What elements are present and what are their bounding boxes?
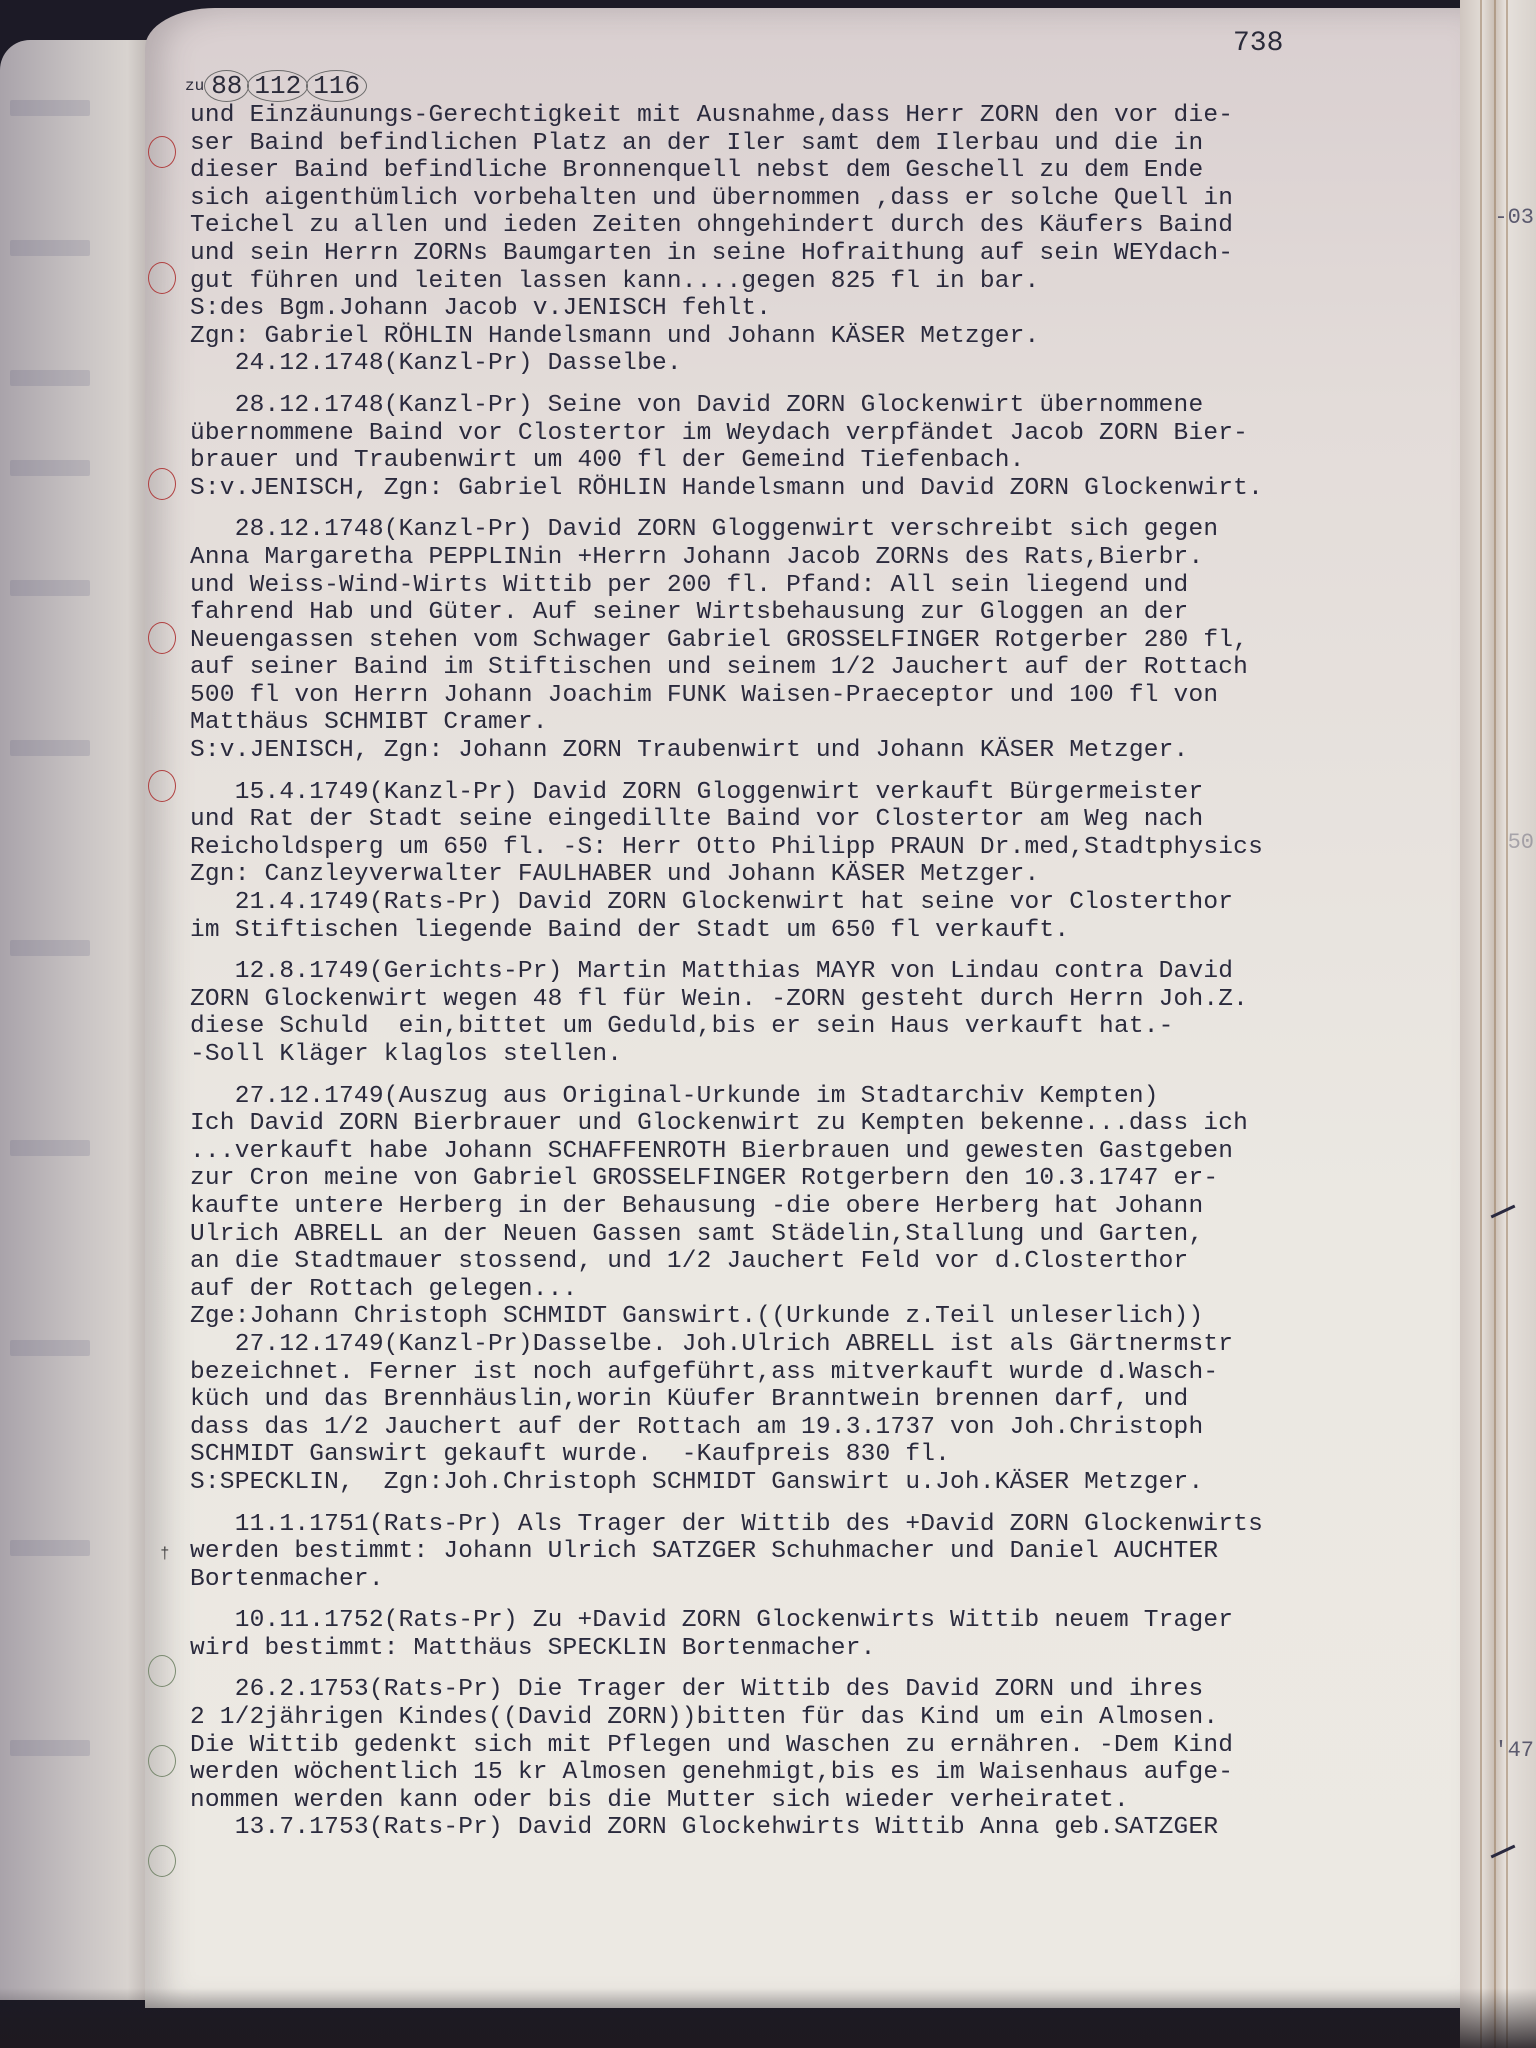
circled-ref-number: 112 — [247, 70, 308, 102]
edge-fragment: -03 — [1494, 205, 1534, 230]
text-line: werden wöchentlich 15 kr Almosen genehmi… — [190, 1759, 1440, 1787]
ref-prefix: zu — [185, 77, 204, 95]
text-line: auf der Rottach gelegen... — [190, 1276, 1440, 1304]
record-entry: 11.1.1751(Rats-Pr) Als Trager der Wittib… — [190, 1511, 1440, 1594]
text-line: 27.12.1749(Kanzl-Pr)Dasselbe. Joh.Ulrich… — [190, 1331, 1440, 1359]
margin-annotation-mark — [148, 468, 176, 500]
margin-annotation-mark — [148, 1845, 176, 1877]
text-line: SCHMIDT Ganswirt gekauft wurde. -Kaufpre… — [190, 1441, 1440, 1469]
text-line: Ulrich ABRELL an der Neuen Gassen samt S… — [190, 1221, 1440, 1249]
text-line: übernommene Baind vor Clostertor im Weyd… — [190, 420, 1440, 448]
text-line: auf seiner Baind im Stiftischen und sein… — [190, 654, 1440, 682]
text-line: 28.12.1748(Kanzl-Pr) David ZORN Gloggenw… — [190, 516, 1440, 544]
text-line: gut führen und leiten lassen kann....geg… — [190, 268, 1440, 296]
record-entry: 24.12.1748(Kanzl-Pr) Dasselbe. — [190, 350, 1440, 378]
text-line: S:SPECKLIN, Zgn:Joh.Christoph SCHMIDT Ga… — [190, 1469, 1440, 1497]
text-line: 2 1/2jährigen Kindes((David ZORN))bitten… — [190, 1704, 1440, 1732]
ghost-text — [10, 740, 90, 756]
text-line: 15.4.1749(Kanzl-Pr) David ZORN Gloggenwi… — [190, 779, 1440, 807]
circled-ref-number: 88 — [204, 70, 249, 102]
text-line: 12.8.1749(Gerichts-Pr) Martin Matthias M… — [190, 958, 1440, 986]
ghost-text — [10, 1140, 90, 1156]
record-entry: und Einzäunungs-Gerechtigkeit mit Ausnah… — [190, 102, 1440, 350]
edge-fragment: 50 — [1508, 830, 1534, 855]
text-line: und Rat der Stadt seine eingedillte Bain… — [190, 806, 1440, 834]
text-line: ser Baind befindlichen Platz an der Iler… — [190, 130, 1440, 158]
text-line: diese Schuld ein,bittet um Geduld,bis er… — [190, 1013, 1440, 1041]
text-line: Zgn: Gabriel RÖHLIN Handelsmann und Joha… — [190, 323, 1440, 351]
text-line: 24.12.1748(Kanzl-Pr) Dasselbe. — [190, 350, 1440, 378]
record-entry: 26.2.1753(Rats-Pr) Die Trager der Wittib… — [190, 1676, 1440, 1842]
text-line: 10.11.1752(Rats-Pr) Zu +David ZORN Glock… — [190, 1607, 1440, 1635]
margin-annotation-mark — [148, 622, 176, 654]
text-line: Zgn: Canzleyverwalter FAULHABER und Joha… — [190, 861, 1440, 889]
text-line: Zge:Johann Christoph SCHMIDT Ganswirt.((… — [190, 1303, 1440, 1331]
text-line: ...verkauft habe Johann SCHAFFENROTH Bie… — [190, 1138, 1440, 1166]
text-line: sich aigenthümlich vorbehalten und übern… — [190, 185, 1440, 213]
text-line: 28.12.1748(Kanzl-Pr) Seine von David ZOR… — [190, 392, 1440, 420]
ghost-text — [10, 240, 90, 256]
text-line: brauer und Traubenwirt um 400 fl der Gem… — [190, 447, 1440, 475]
margin-annotation-mark — [148, 770, 176, 802]
page-number: 738 — [1233, 28, 1283, 59]
book-bottom-shadow — [0, 1988, 1536, 2048]
text-line: 21.4.1749(Rats-Pr) David ZORN Glockenwir… — [190, 889, 1440, 917]
text-line: S:v.JENISCH, Zgn: Johann ZORN Traubenwir… — [190, 737, 1440, 765]
text-line: und sein Herrn ZORNs Baumgarten in seine… — [190, 240, 1440, 268]
text-line: an die Stadtmauer stossend, und 1/2 Jauc… — [190, 1248, 1440, 1276]
text-line: 500 fl von Herrn Johann Joachim FUNK Wai… — [190, 682, 1440, 710]
text-line: Die Wittib gedenkt sich mit Pflegen und … — [190, 1732, 1440, 1760]
circled-ref-number: 116 — [306, 70, 367, 102]
ghost-text — [10, 100, 90, 116]
text-line: 27.12.1749(Auszug aus Original-Urkunde i… — [190, 1083, 1440, 1111]
text-line: S:v.JENISCH, Zgn: Gabriel RÖHLIN Handels… — [190, 475, 1440, 503]
text-line: küch und das Brennhäuslin,worin Küufer B… — [190, 1386, 1440, 1414]
text-line: Neuengassen stehen vom Schwager Gabriel … — [190, 627, 1440, 655]
text-line: wird bestimmt: Matthäus SPECKLIN Bortenm… — [190, 1635, 1440, 1663]
text-line: werden bestimmt: Johann Ulrich SATZGER S… — [190, 1538, 1440, 1566]
page-leaf-line — [1480, 0, 1482, 2048]
typewritten-text-body: und Einzäunungs-Gerechtigkeit mit Ausnah… — [190, 102, 1440, 1842]
text-line: -Soll Kläger klaglos stellen. — [190, 1041, 1440, 1069]
ghost-text — [10, 580, 90, 596]
ghost-text — [10, 1340, 90, 1356]
margin-annotation-mark — [148, 1655, 176, 1687]
ghost-text — [10, 1740, 90, 1756]
margin-annotation-mark — [148, 262, 176, 294]
text-line: 11.1.1751(Rats-Pr) Als Trager der Wittib… — [190, 1511, 1440, 1539]
record-entry: 10.11.1752(Rats-Pr) Zu +David ZORN Glock… — [190, 1607, 1440, 1662]
margin-annotation-mark — [148, 136, 176, 168]
text-line: und Weiss-Wind-Wirts Wittib per 200 fl. … — [190, 572, 1440, 600]
text-line: ZORN Glockenwirt wegen 48 fl für Wein. -… — [190, 986, 1440, 1014]
record-entry: 28.12.1748(Kanzl-Pr) David ZORN Gloggenw… — [190, 516, 1440, 764]
text-line: Reicholdsperg um 650 fl. -S: Herr Otto P… — [190, 834, 1440, 862]
record-entry: 12.8.1749(Gerichts-Pr) Martin Matthias M… — [190, 958, 1440, 1068]
text-line: nommen werden kann oder bis die Mutter s… — [190, 1787, 1440, 1815]
text-line: Anna Margaretha PEPPLINin +Herrn Johann … — [190, 544, 1440, 572]
next-pages-edge: -03 50 '47 — [1460, 0, 1536, 2048]
text-line: Ich David ZORN Bierbrauer und Glockenwir… — [190, 1110, 1440, 1138]
text-line: kaufte untere Herberg in der Behausung -… — [190, 1193, 1440, 1221]
margin-annotation-mark — [148, 1745, 176, 1777]
text-line: S:des Bgm.Johann Jacob v.JENISCH fehlt. — [190, 295, 1440, 323]
text-line: im Stiftischen liegende Baind der Stadt … — [190, 917, 1440, 945]
text-line: zur Cron meine von Gabriel GROSSELFINGER… — [190, 1165, 1440, 1193]
record-entry: 15.4.1749(Kanzl-Pr) David ZORN Gloggenwi… — [190, 779, 1440, 945]
text-line: bezeichnet. Ferner ist noch aufgeführt,a… — [190, 1359, 1440, 1387]
ghost-text — [10, 1540, 90, 1556]
text-line: Bortenmacher. — [190, 1566, 1440, 1594]
text-line: 13.7.1753(Rats-Pr) David ZORN Glockehwir… — [190, 1814, 1440, 1842]
record-entry: 27.12.1749(Auszug aus Original-Urkunde i… — [190, 1083, 1440, 1497]
previous-page-edge — [0, 40, 150, 2000]
ghost-text — [10, 370, 90, 386]
text-line: Teichel zu allen und ieden Zeiten ohngeh… — [190, 212, 1440, 240]
text-line: dieser Baind befindliche Bronnenquell ne… — [190, 157, 1440, 185]
record-entry: 28.12.1748(Kanzl-Pr) Seine von David ZOR… — [190, 392, 1440, 502]
cross-references: zu 88 112 116 — [185, 70, 367, 102]
text-line: fahrend Hab und Güter. Auf seiner Wirtsb… — [190, 599, 1440, 627]
text-line: und Einzäunungs-Gerechtigkeit mit Ausnah… — [190, 102, 1440, 130]
ghost-text — [10, 460, 90, 476]
death-cross-mark: † — [160, 1545, 170, 1563]
text-line: Matthäus SCHMIBT Cramer. — [190, 709, 1440, 737]
text-line: 26.2.1753(Rats-Pr) Die Trager der Wittib… — [190, 1676, 1440, 1704]
ghost-text — [10, 940, 90, 956]
text-line: dass das 1/2 Jauchert auf der Rottach am… — [190, 1414, 1440, 1442]
edge-fragment: '47 — [1494, 1738, 1534, 1763]
